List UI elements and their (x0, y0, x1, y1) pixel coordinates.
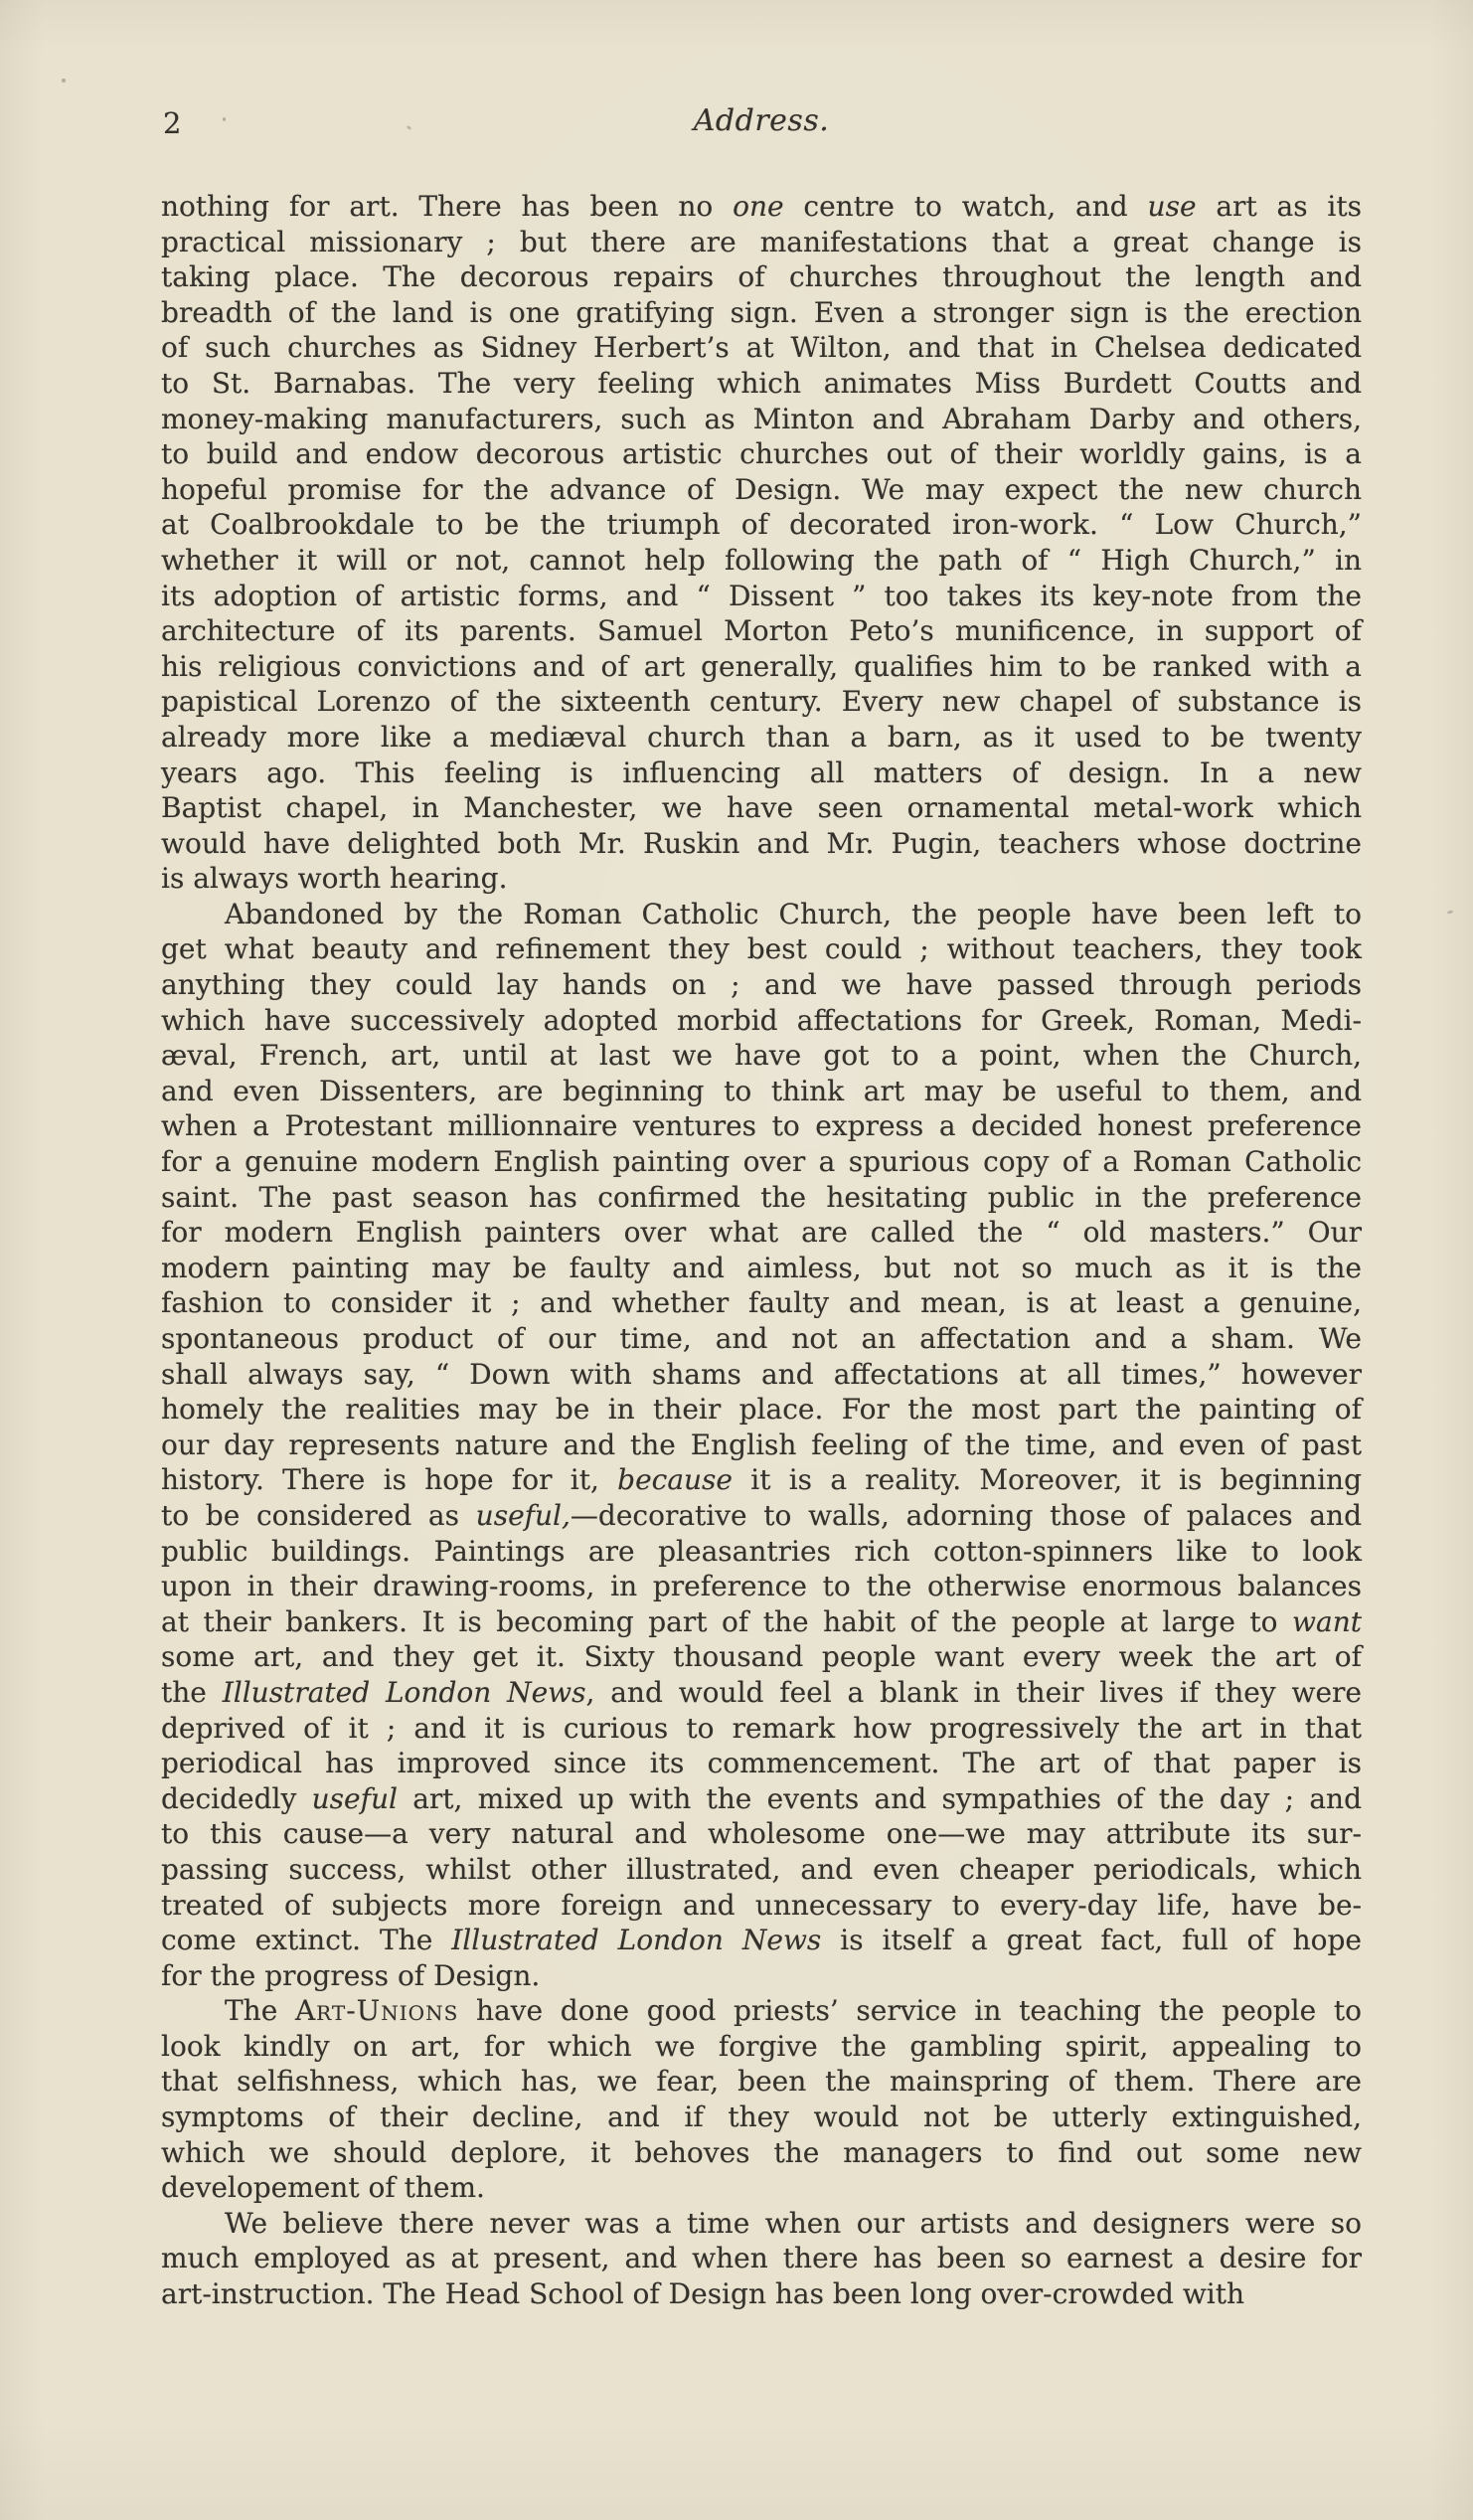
text-line: public buildings. Paintings are pleasant… (161, 1534, 1362, 1570)
text-line: deprived of it ; and it is curious to re… (161, 1711, 1362, 1747)
text-line: decidedly useful art, mixed up with the … (161, 1781, 1362, 1817)
text-line: history. There is hope for it, because i… (161, 1462, 1362, 1498)
text-line: taking place. The decorous repairs of ch… (161, 259, 1362, 295)
text-line: his religious convictions and of art gen… (161, 649, 1362, 685)
text-line: nothing for art. There has been no one c… (161, 189, 1362, 225)
text-line: developement of them. (161, 2170, 1362, 2206)
text-line: saint. The past season has confirmed the… (161, 1180, 1362, 1216)
text-line: shall always say, “ Down with shams and … (161, 1357, 1362, 1393)
text-line: papistical Lorenzo of the sixteenth cent… (161, 684, 1362, 720)
text-line: treated of subjects more foreign and unn… (161, 1888, 1362, 1924)
text-line: for a genuine modern English painting ov… (161, 1144, 1362, 1180)
page-body: nothing for art. There has been no one c… (161, 189, 1362, 2312)
text-line: homely the realities may be in their pla… (161, 1392, 1362, 1428)
text-line: some art, and they get it. Sixty thousan… (161, 1639, 1362, 1675)
text-line: would have delighted both Mr. Ruskin and… (161, 826, 1362, 862)
running-title: Address. (161, 103, 1362, 139)
text-line: which we should deplore, it behoves the … (161, 2135, 1362, 2171)
text-line: to build and endow decorous artistic chu… (161, 436, 1362, 472)
text-line: art-instruction. The Head School of Desi… (161, 2276, 1362, 2312)
text-line: to be considered as useful,—decorative t… (161, 1498, 1362, 1534)
text-line: our day represents nature and the Englis… (161, 1428, 1362, 1463)
text-line: practical missionary ; but there are man… (161, 225, 1362, 260)
text-line: whether it will or not, cannot help foll… (161, 543, 1362, 579)
text-line: much employed as at present, and when th… (161, 2241, 1362, 2276)
text-line: to this cause—a very natural and wholeso… (161, 1816, 1362, 1852)
text-line: upon in their drawing-rooms, in preferen… (161, 1569, 1362, 1604)
text-line: of such churches as Sidney Herbert’s at … (161, 330, 1362, 366)
text-line: at Coalbrookdale to be the triumph of de… (161, 507, 1362, 543)
text-line: that selfishness, which has, we fear, be… (161, 2064, 1362, 2100)
text-line: passing success, whilst other illustrate… (161, 1852, 1362, 1888)
text-line: at their bankers. It is becoming part of… (161, 1604, 1362, 1640)
text-line: We believe there never was a time when o… (161, 2206, 1362, 2242)
text-line: The Art-Unions have done good priests’ s… (161, 1993, 1362, 2029)
text-line: breadth of the land is one gratifying si… (161, 295, 1362, 331)
text-line: modern painting may be faulty and aimles… (161, 1251, 1362, 1286)
text-line: spontaneous product of our time, and not… (161, 1321, 1362, 1357)
text-line: get what beauty and refinement they best… (161, 931, 1362, 967)
scan-speck (223, 117, 226, 121)
text-line: and even Dissenters, are beginning to th… (161, 1074, 1362, 1109)
text-line: the Illustrated London News, and would f… (161, 1675, 1362, 1711)
text-line: to St. Barnabas. The very feeling which … (161, 366, 1362, 402)
text-line: is always worth hearing. (161, 861, 1362, 897)
text-line: Baptist chapel, in Manchester, we have s… (161, 790, 1362, 826)
text-line: years ago. This feeling is influencing a… (161, 756, 1362, 791)
text-line: look kindly on art, for which we forgive… (161, 2029, 1362, 2065)
text-line: fashion to consider it ; and whether fau… (161, 1285, 1362, 1321)
book-page: 2 Address. nothing for art. There has be… (0, 0, 1473, 2520)
text-line: when a Protestant millionnaire ventures … (161, 1108, 1362, 1144)
text-line: æval, French, art, until at last we have… (161, 1038, 1362, 1074)
text-line: hopeful promise for the advance of Desig… (161, 472, 1362, 508)
text-line: money-making manufacturers, such as Mint… (161, 402, 1362, 437)
text-line: come extinct. The Illustrated London New… (161, 1923, 1362, 1958)
text-line: Abandoned by the Roman Catholic Church, … (161, 897, 1362, 932)
text-line: architecture of its parents. Samuel Mort… (161, 613, 1362, 649)
text-line: already more like a mediæval church than… (161, 720, 1362, 756)
text-line: for modern English painters over what ar… (161, 1215, 1362, 1251)
text-line: symptoms of their decline, and if they w… (161, 2100, 1362, 2135)
text-line: which have successively adopted morbid a… (161, 1003, 1362, 1039)
text-line: for the progress of Design. (161, 1958, 1362, 1994)
scan-speck (62, 79, 66, 83)
text-line: periodical has improved since its commen… (161, 1746, 1362, 1781)
text-line: its adoption of artistic forms, and “ Di… (161, 579, 1362, 614)
scan-speck (1447, 910, 1454, 914)
text-line: anything they could lay hands on ; and w… (161, 967, 1362, 1003)
